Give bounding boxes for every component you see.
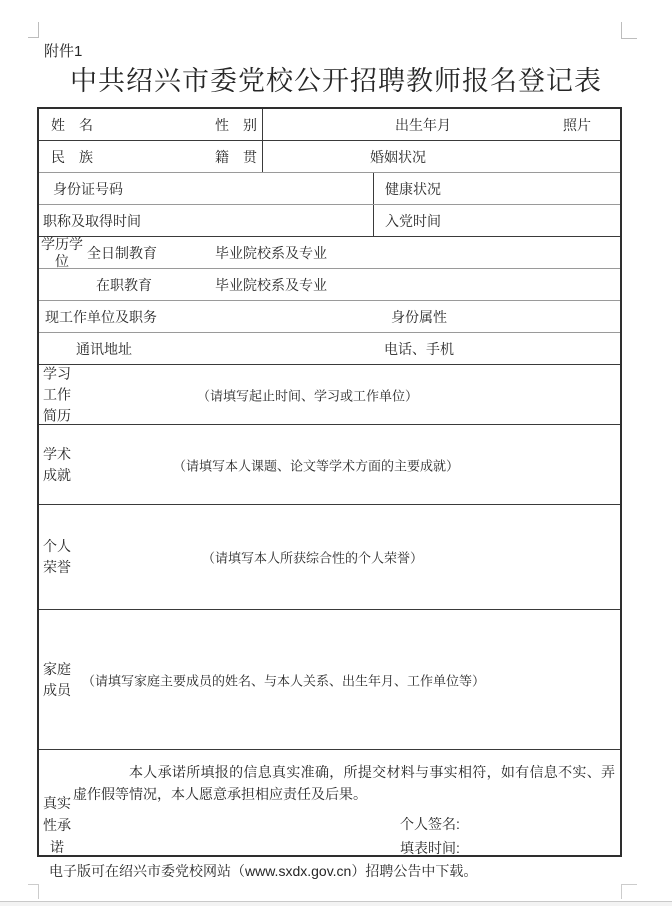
column-divider [373, 205, 374, 236]
family-members-hint: （请填写家庭主要成员的姓名、与本人关系、出生年月、工作单位等） [82, 670, 485, 689]
identity-attribute-label: 身份属性 [391, 307, 447, 327]
column-divider [262, 109, 263, 140]
row-name-gender-birth: 姓 名 性 别 出生年月 照片 [39, 109, 620, 141]
graduate-school-major-label: 毕业院校系及专业 [215, 275, 327, 295]
commitment-label: 真实性承诺 [41, 792, 73, 858]
crop-mark-bottom-right [621, 884, 637, 899]
row-title-party: 职称及取得时间 入党时间 [39, 205, 620, 237]
fulltime-education-label: 全日制教育 [87, 243, 157, 263]
signature-block: 个人签名: 填表时间: [400, 812, 460, 860]
current-work-unit-label: 现工作单位及职务 [45, 307, 157, 327]
native-place-label: 籍 贯 [215, 147, 257, 167]
graduate-school-major-label: 毕业院校系及专业 [215, 243, 327, 263]
name-label: 姓 名 [51, 115, 93, 135]
professional-title-label: 职称及取得时间 [43, 211, 141, 231]
download-note: 电子版可在绍兴市委党校网站（www.sxdx.gov.cn）招聘公告中下载。 [49, 861, 477, 881]
form-title: 中共绍兴市委党校公开招聘教师报名登记表 [0, 59, 672, 98]
row-personal-honor: 个人荣誉 （请填写本人所获综合性的个人荣誉） [39, 505, 620, 610]
academic-achievement-hint: （请填写本人课题、论文等学术方面的主要成就） [173, 455, 459, 474]
column-divider [373, 173, 374, 204]
resume-hint: （请填写起止时间、学习或工作单位） [197, 385, 418, 404]
registration-table: 姓 名 性 别 出生年月 照片 民 族 籍 贯 婚姻状况 身份证号码 健康状况 … [37, 107, 622, 857]
commitment-text: 本人承诺所填报的信息真实准确，所提交材料与事实相符，如有信息不实、弄虚作假等情况… [73, 761, 615, 805]
ethnicity-label: 民 族 [51, 147, 93, 167]
health-status-label: 健康状况 [385, 179, 441, 199]
row-id-health: 身份证号码 健康状况 [39, 173, 620, 205]
crop-mark-bottom-left [28, 884, 39, 899]
id-number-label: 身份证号码 [53, 179, 123, 199]
row-academic-achievement: 学术成就 （请填写本人课题、论文等学术方面的主要成就） [39, 425, 620, 505]
personal-honor-hint: （请填写本人所获综合性的个人荣誉） [202, 548, 423, 567]
row-truthfulness-commitment: 真实性承诺 本人承诺所填报的信息真实准确，所提交材料与事实相符，如有信息不实、弄… [39, 750, 620, 855]
personal-honor-label: 个人荣誉 [41, 536, 73, 578]
resume-label: 学习工作简历 [41, 363, 73, 426]
crop-mark-top-left [28, 22, 39, 38]
phone-label: 电话、手机 [384, 339, 454, 359]
document-page: 附件1 中共绍兴市委党校公开招聘教师报名登记表 姓 名 性 别 出生年月 照片 … [0, 0, 672, 906]
row-onjob-education: 在职教育 毕业院校系及专业 [39, 269, 620, 301]
row-ethnicity-native-marital: 民 族 籍 贯 婚姻状况 [39, 141, 620, 173]
photo-label: 照片 [563, 115, 591, 135]
row-address-phone: 通讯地址 电话、手机 [39, 333, 620, 365]
crop-mark-top-right [621, 22, 637, 39]
fill-date-label: 填表时间: [400, 836, 460, 860]
row-family-members: 家庭成员 （请填写家庭主要成员的姓名、与本人关系、出生年月、工作单位等） [39, 610, 620, 750]
education-degree-label: 学历学位 [39, 236, 85, 270]
column-divider [262, 141, 263, 172]
academic-achievement-label: 学术成就 [41, 444, 73, 486]
family-members-label: 家庭成员 [41, 659, 73, 701]
mailing-address-label: 通讯地址 [76, 339, 132, 359]
attachment-label: 附件1 [44, 40, 82, 61]
row-study-work-resume: 学习工作简历 （请填写起止时间、学习或工作单位） [39, 365, 620, 425]
personal-signature-label: 个人签名: [400, 812, 460, 836]
marital-status-label: 婚姻状况 [370, 147, 426, 167]
birth-date-label: 出生年月 [395, 115, 451, 135]
page-bottom-edge [0, 901, 672, 906]
party-join-time-label: 入党时间 [385, 211, 441, 231]
gender-label: 性 别 [215, 115, 257, 135]
row-work-unit-identity: 现工作单位及职务 身份属性 [39, 301, 620, 333]
row-fulltime-education: 学历学位 全日制教育 毕业院校系及专业 [39, 237, 620, 269]
onjob-education-label: 在职教育 [96, 275, 152, 295]
